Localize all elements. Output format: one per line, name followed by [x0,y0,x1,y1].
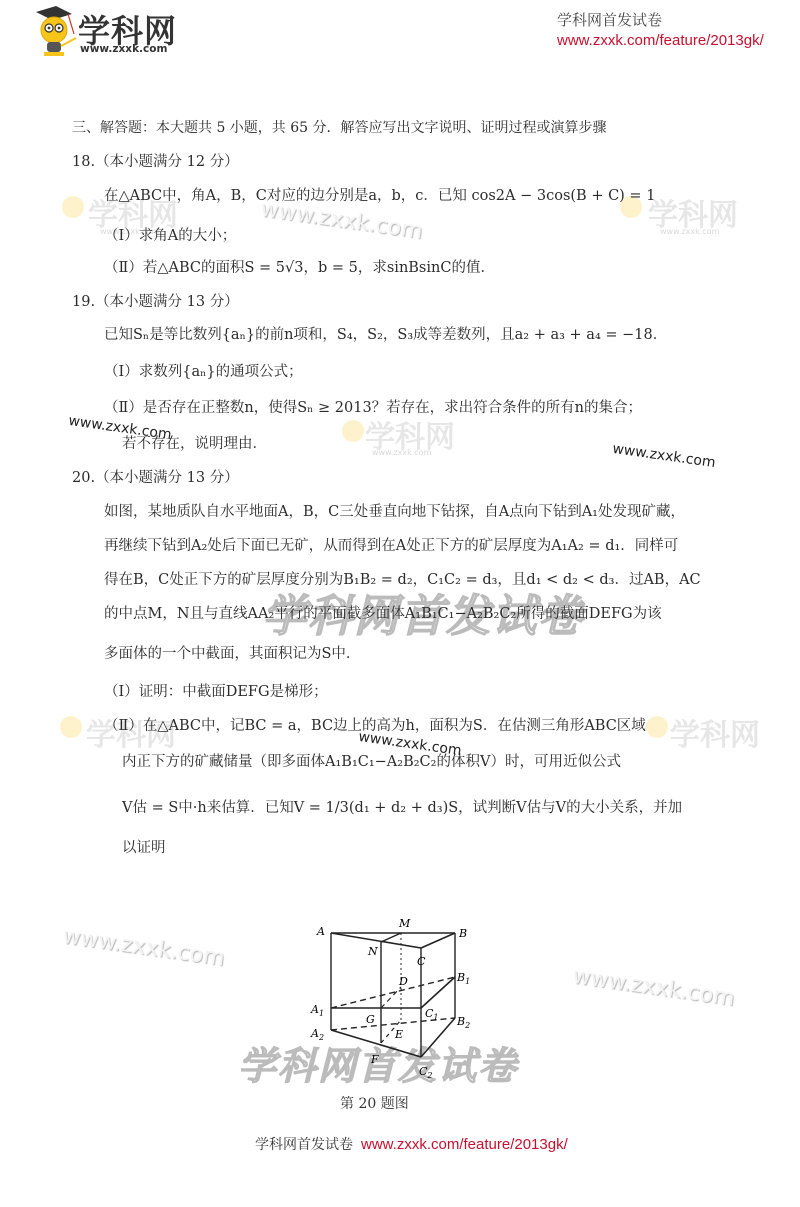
label-G: G [366,1013,375,1026]
q19-header: 19.（本小题满分 13 分） [72,290,239,311]
section-heading: 三、解答题：本大题共 5 小题，共 65 分．解答应写出文字说明、证明过程或演算… [72,117,607,137]
label-A2: A2 [310,1027,324,1042]
mascot-icon [34,4,80,58]
label-B: B [458,927,467,940]
q18-header: 18.（本小题满分 12 分） [72,150,239,171]
q20-stem-line-3: 得在B，C处正下方的矿层厚度分别为B₁B₂ = d₂，C₁C₂ = d₃，且d₁… [104,568,701,589]
header-url-link[interactable]: www.zxxk.com/feature/2013gk/ [557,32,764,49]
q19-part-2-cont: 若不存在，说明理由． [122,432,267,453]
watermark-mascot-icon [62,196,84,218]
watermark-logo-url: www.zxxk.com [372,448,431,457]
q19-stem: 已知Sₙ是等比数列{aₙ}的前n项和，S₄，S₂，S₃成等差数列，且a₂ + a… [104,323,667,344]
label-A: A [316,925,325,938]
label-D: D [398,975,408,988]
label-E: E [394,1028,403,1041]
q20-part-2-line-4: 以证明 [122,836,166,857]
watermark-mascot-icon [60,716,82,738]
q20-part-1: （Ⅰ）证明：中截面DEFG是梯形； [104,680,328,701]
q20-part-2-line-2: 内正下方的矿藏储量（即多面体A₁B₁C₁−A₂B₂C₂的体积V）时，可用近似公式 [122,750,621,771]
watermark-url: www.zxxk.com [61,924,226,971]
watermark-url-dark: www.zxxk.com [611,441,716,471]
header-title: 学科网首发试卷 [557,9,662,30]
label-M: M [398,917,411,930]
q19-points: （本小题满分 13 分） [95,294,239,310]
q18-part-2: （Ⅱ）若△ABC的面积S = 5√3，b = 5，求sinBsinC的值． [104,256,495,277]
q18-points: （本小题满分 12 分） [95,154,239,170]
watermark-logo: 学科网 [670,710,760,754]
watermark-mascot-icon [342,420,364,442]
watermark-url: www.zxxk.com [571,964,736,1011]
q20-stem-line-1: 如图，某地质队自水平地面A，B，C三处垂直向地下钻探，自A点向下钻到A₁处发现矿… [104,500,685,521]
label-F: F [370,1053,379,1066]
q18-stem: 在△ABC中，角A，B，C对应的边分别是a，b，c．已知 cos2A − 3co… [104,184,655,205]
logo-url: www.zxxk.com [80,43,167,55]
q20-header: 20.（本小题满分 13 分） [72,466,239,487]
watermark-logo-url: www.zxxk.com [660,227,719,236]
label-N: N [367,945,378,958]
watermark-mascot-icon [646,716,668,738]
footer-title: 学科网首发试卷 [255,1137,353,1153]
figure-20-diagram: A M B N C D B1 A1 G C1 B2 A2 E F C2 [295,905,495,1085]
q18-number: 18. [72,154,95,170]
label-A1: A1 [310,1003,324,1018]
q20-number: 20. [72,470,95,486]
q20-stem-line-5: 多面体的一个中截面，其面积记为S中． [104,642,360,663]
q19-part-2: （Ⅱ）是否存在正整数n，使得Sₙ ≥ 2013？若存在，求出符合条件的所有n的集… [104,396,642,417]
figure-caption: 第 20 题图 [340,1093,409,1113]
q20-stem-line-4: 的中点M，N且与直线AA₂平行的平面截多面体A₁B₁C₁−A₂B₂C₂所得的截面… [104,602,662,623]
label-B2: B2 [456,1015,470,1030]
label-C2: C2 [419,1065,433,1080]
q19-part-1: （Ⅰ）求数列{aₙ}的通项公式； [104,360,303,381]
footer-url-link[interactable]: www.zxxk.com/feature/2013gk/ [361,1136,568,1153]
label-B1: B1 [456,971,470,986]
label-C1: C1 [425,1007,439,1022]
footer: 学科网首发试卷www.zxxk.com/feature/2013gk/ [255,1134,568,1154]
q20-stem-line-2: 再继续下钻到A₂处后下面已无矿，从而得到在A处正下方的矿层厚度为A₁A₂ = d… [104,534,678,555]
q20-points: （本小题满分 13 分） [95,470,239,486]
label-C: C [417,955,426,968]
q20-part-2-line-3: V估 = S中·h来估算．已知V = 1/3(d₁ + d₂ + d₃)S，试判… [122,796,682,817]
q18-part-1: （Ⅰ）求角A的大小； [104,224,236,245]
q20-part-2: （Ⅱ）在△ABC中，记BC = a，BC边上的高为h，面积为S．在估测三角形AB… [104,714,646,735]
q19-number: 19. [72,294,95,310]
